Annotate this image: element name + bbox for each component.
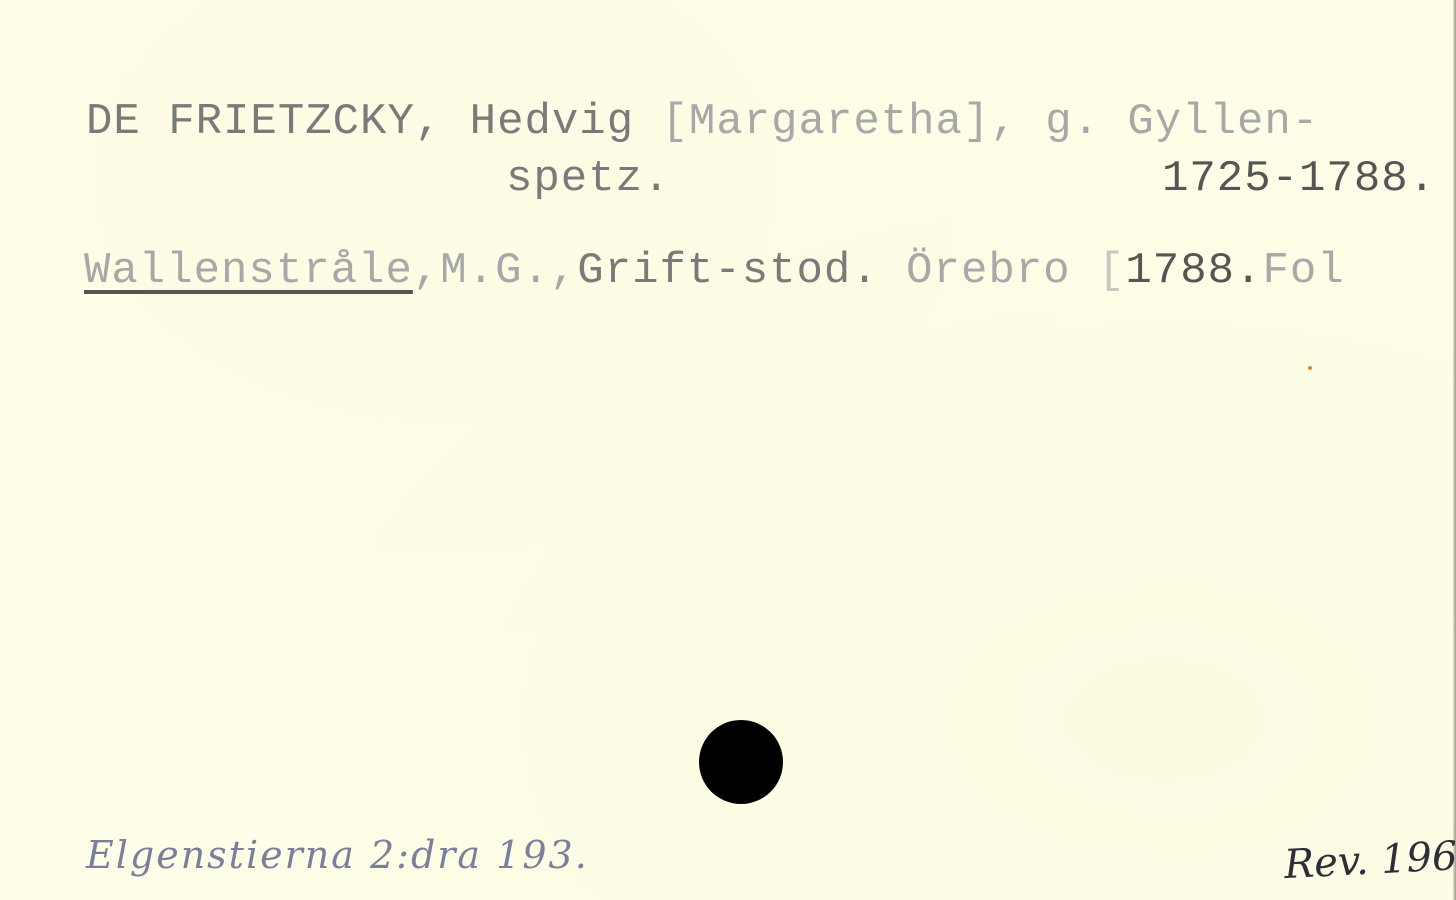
surname: DE FRIETZCKY, — [86, 97, 442, 147]
life-dates: 1725-1788. — [1162, 157, 1436, 201]
reference-initials: ,M.G., — [413, 246, 577, 296]
reference-format: Fol — [1262, 246, 1344, 296]
paper-speck — [1308, 366, 1312, 370]
married-name-part2: spetz. — [506, 157, 670, 201]
heading-line-1: DE FRIETZCKY, Hedvig [Margaretha], g. Gy… — [86, 100, 1319, 144]
handwritten-source-note: Elgenstierna 2:dra 193. — [86, 836, 589, 874]
married-name-part1: Gyllen- — [1127, 97, 1319, 147]
reference-year: 1788. — [1125, 246, 1262, 296]
punch-hole — [699, 720, 783, 804]
year-bracket: [ — [1098, 246, 1125, 296]
reference-author: Wallenstråle — [84, 246, 413, 296]
married-prefix: g. — [1045, 97, 1100, 147]
catalog-card: DE FRIETZCKY, Hedvig [Margaretha], g. Gy… — [0, 0, 1456, 900]
handwritten-revision-note: Rev. 1969 — [1283, 835, 1456, 885]
given-names: Hedvig — [470, 97, 634, 147]
reference-line: Wallenstråle,M.G.,Grift-stod. Örebro [17… — [84, 249, 1345, 293]
reference-title: Grift-stod. — [577, 246, 878, 296]
bracketed-name: [Margaretha], — [662, 97, 1018, 147]
reference-place: Örebro — [906, 246, 1070, 296]
